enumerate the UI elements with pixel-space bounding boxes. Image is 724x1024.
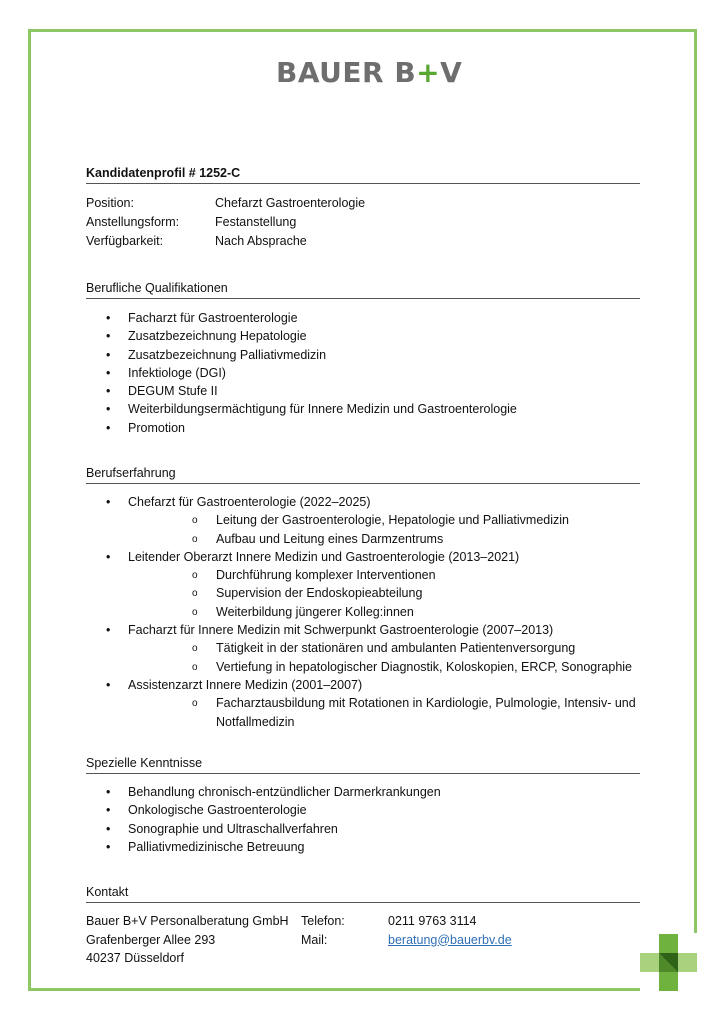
list-item-text: Zusatzbezeichnung Hepatologie	[128, 329, 307, 343]
phone-number: 0211 9763 3114	[388, 912, 512, 931]
bullet-icon: •	[106, 309, 110, 327]
list-item-text: Facharzt für Gastroenterologie	[128, 311, 298, 325]
qualifications-heading: Berufliche Qualifikationen	[86, 280, 640, 299]
experience-details: oLeitung der Gastroenterologie, Hepatolo…	[128, 511, 646, 548]
circle-bullet-icon: o	[192, 531, 198, 549]
contact-values: 0211 9763 3114 beratung@bauerbv.de	[388, 912, 512, 949]
list-item-text: Behandlung chronisch-entzündlicher Darme…	[128, 785, 441, 799]
bullet-icon: •	[106, 838, 110, 856]
list-item-text: Leitender Oberarzt Innere Medizin und Ga…	[128, 550, 519, 564]
field-value: Festanstellung	[215, 213, 296, 232]
logo-text: BAUER B	[276, 56, 416, 89]
list-item-text: Onkologische Gastroenterologie	[128, 803, 307, 817]
sub-list-item: oDurchführung komplexer Interventionen	[128, 566, 646, 584]
list-item-text: Supervision der Endoskopieabteilung	[216, 586, 422, 600]
bullet-icon: •	[106, 548, 110, 566]
list-item-text: Facharzt für Innere Medizin mit Schwerpu…	[128, 623, 553, 637]
list-item: •Weiterbildungsermächtigung für Innere M…	[86, 400, 646, 418]
list-item: •Infektiologe (DGI)	[86, 364, 646, 382]
experience-details: oDurchführung komplexer InterventionenoS…	[128, 566, 646, 621]
list-item-text: Assistenzarzt Innere Medizin (2001–2007)	[128, 678, 362, 692]
bullet-icon: •	[106, 327, 110, 345]
sub-list-item: oFacharztausbildung mit Rotationen in Ka…	[128, 694, 646, 731]
list-item-text: Promotion	[128, 421, 185, 435]
list-item-text: Facharztausbildung mit Rotationen in Kar…	[216, 696, 636, 728]
list-item: •Chefarzt für Gastroenterologie (2022–20…	[86, 493, 646, 548]
circle-bullet-icon: o	[192, 659, 198, 677]
list-item: •Zusatzbezeichnung Hepatologie	[86, 327, 646, 345]
bullet-icon: •	[106, 364, 110, 382]
list-item-text: Weiterbildung jüngerer Kolleg:innen	[216, 605, 414, 619]
bullet-icon: •	[106, 382, 110, 400]
sub-list-item: oSupervision der Endoskopieabteilung	[128, 584, 646, 602]
mail-link[interactable]: beratung@bauerbv.de	[388, 933, 512, 947]
bullet-icon: •	[106, 400, 110, 418]
skills-heading: Spezielle Kenntnisse	[86, 755, 640, 774]
frame-border-bottom	[28, 988, 640, 991]
bullet-icon: •	[106, 820, 110, 838]
mail-label: Mail:	[301, 931, 345, 950]
list-item-text: Sonographie und Ultraschallverfahren	[128, 822, 338, 836]
bullet-icon: •	[106, 621, 110, 639]
circle-bullet-icon: o	[192, 567, 198, 585]
sub-list-item: oTätigkeit in der stationären und ambula…	[128, 639, 646, 657]
qualifications-list: •Facharzt für Gastroenterologie•Zusatzbe…	[86, 309, 646, 437]
phone-label: Telefon:	[301, 912, 345, 931]
list-item: •Leitender Oberarzt Innere Medizin und G…	[86, 548, 646, 621]
frame-border-left	[28, 29, 31, 991]
bullet-icon: •	[106, 676, 110, 694]
sub-list-item: oLeitung der Gastroenterologie, Hepatolo…	[128, 511, 646, 529]
list-item-text: Tätigkeit in der stationären und ambulan…	[216, 641, 575, 655]
green-cross-icon	[640, 934, 697, 991]
field-value: Nach Absprache	[215, 232, 307, 251]
list-item-text: Leitung der Gastroenterologie, Hepatolog…	[216, 513, 569, 527]
list-item-text: Infektiologe (DGI)	[128, 366, 226, 380]
experience-heading: Berufserfahrung	[86, 465, 640, 484]
profile-title: Kandidatenprofil # 1252-C	[86, 165, 640, 184]
frame-border-right	[694, 29, 697, 933]
list-item-text: Chefarzt für Gastroenterologie (2022–202…	[128, 495, 371, 509]
contact-heading: Kontakt	[86, 884, 640, 903]
bullet-icon: •	[106, 419, 110, 437]
frame-border-top	[28, 29, 696, 32]
profile-fields: Position: Chefarzt Gastroenterologie Ans…	[86, 194, 365, 251]
list-item-text: Aufbau und Leitung eines Darmzentrums	[216, 532, 443, 546]
list-item: •Zusatzbezeichnung Palliativmedizin	[86, 346, 646, 364]
list-item-text: Palliativmedizinische Betreuung	[128, 840, 304, 854]
circle-bullet-icon: o	[192, 604, 198, 622]
list-item: •Facharzt für Innere Medizin mit Schwerp…	[86, 621, 646, 676]
city: 40237 Düsseldorf	[86, 949, 289, 968]
experience-details: oTätigkeit in der stationären und ambula…	[128, 639, 646, 676]
contact-address: Bauer B+V Personalberatung GmbH Grafenbe…	[86, 912, 289, 968]
list-item: •Palliativmedizinische Betreuung	[86, 838, 646, 856]
bullet-icon: •	[106, 801, 110, 819]
list-item-text: DEGUM Stufe II	[128, 384, 218, 398]
logo-text-v: V	[440, 56, 462, 89]
bullet-icon: •	[106, 783, 110, 801]
list-item: •Assistenzarzt Innere Medizin (2001–2007…	[86, 676, 646, 731]
list-item-text: Vertiefung in hepatologischer Diagnostik…	[216, 660, 632, 674]
experience-list: •Chefarzt für Gastroenterologie (2022–20…	[86, 493, 646, 731]
bullet-icon: •	[106, 346, 110, 364]
street: Grafenberger Allee 293	[86, 931, 289, 950]
circle-bullet-icon: o	[192, 695, 198, 713]
bullet-icon: •	[106, 493, 110, 511]
experience-details: oFacharztausbildung mit Rotationen in Ka…	[128, 694, 646, 731]
field-employment: Anstellungsform: Festanstellung	[86, 213, 365, 232]
list-item: •Sonographie und Ultraschallverfahren	[86, 820, 646, 838]
field-value: Chefarzt Gastroenterologie	[215, 194, 365, 213]
field-label: Position:	[86, 194, 215, 213]
company-name: Bauer B+V Personalberatung GmbH	[86, 912, 289, 931]
list-item: •Onkologische Gastroenterologie	[86, 801, 646, 819]
field-label: Verfügbarkeit:	[86, 232, 215, 251]
contact-labels: Telefon: Mail:	[301, 912, 345, 949]
list-item-text: Zusatzbezeichnung Palliativmedizin	[128, 348, 326, 362]
sub-list-item: oAufbau und Leitung eines Darmzentrums	[128, 530, 646, 548]
logo-plus-icon: +	[416, 56, 440, 89]
circle-bullet-icon: o	[192, 585, 198, 603]
list-item: •Promotion	[86, 419, 646, 437]
sub-list-item: oWeiterbildung jüngerer Kolleg:innen	[128, 603, 646, 621]
field-position: Position: Chefarzt Gastroenterologie	[86, 194, 365, 213]
list-item: •Behandlung chronisch-entzündlicher Darm…	[86, 783, 646, 801]
company-logo: BAUER B+V	[276, 56, 462, 89]
list-item: •Facharzt für Gastroenterologie	[86, 309, 646, 327]
field-label: Anstellungsform:	[86, 213, 215, 232]
list-item-text: Weiterbildungsermächtigung für Innere Me…	[128, 402, 517, 416]
list-item: •DEGUM Stufe II	[86, 382, 646, 400]
circle-bullet-icon: o	[192, 640, 198, 658]
sub-list-item: oVertiefung in hepatologischer Diagnosti…	[128, 658, 646, 676]
list-item-text: Durchführung komplexer Interventionen	[216, 568, 436, 582]
field-availability: Verfügbarkeit: Nach Absprache	[86, 232, 365, 251]
skills-list: •Behandlung chronisch-entzündlicher Darm…	[86, 783, 646, 856]
circle-bullet-icon: o	[192, 512, 198, 530]
